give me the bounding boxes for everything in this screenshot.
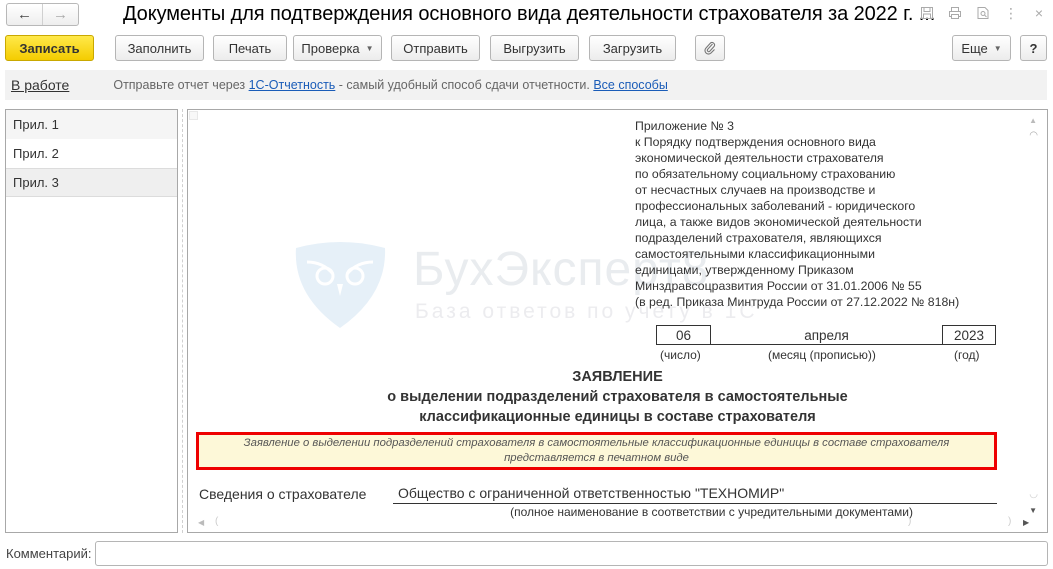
paperclip-icon bbox=[703, 41, 717, 55]
comment-label: Комментарий: bbox=[6, 546, 92, 561]
appendix-header: Приложение № 3к Порядку подтверждения ос… bbox=[635, 118, 959, 310]
check-label: Проверка bbox=[301, 41, 359, 56]
appendix-line: по обязательному социальному страхованию bbox=[635, 166, 959, 182]
attach-button[interactable] bbox=[695, 35, 725, 61]
appendix-line: к Порядку подтверждения основного вида bbox=[635, 134, 959, 150]
appendix-line: экономической деятельности страхователя bbox=[635, 150, 959, 166]
print-button[interactable]: Печать bbox=[213, 35, 287, 61]
scroll-left-icon[interactable]: ◀ bbox=[198, 518, 204, 527]
import-button[interactable]: Загрузить bbox=[589, 35, 676, 61]
appendix-list: Прил. 1 Прил. 2 Прил. 3 bbox=[5, 109, 178, 533]
fill-button[interactable]: Заполнить bbox=[115, 35, 204, 61]
appendix-line: (в ред. Приказа Минтруда России от 27.12… bbox=[635, 294, 959, 310]
month-caption: (месяц (прописью)) bbox=[768, 348, 876, 362]
send-button[interactable]: Отправить bbox=[391, 35, 480, 61]
appendix-line: профессиональных заболеваний - юридическ… bbox=[635, 198, 959, 214]
appendix-line: от несчастных случаев на производстве и bbox=[635, 182, 959, 198]
arrow-left-icon: ← bbox=[17, 6, 32, 23]
back-button[interactable]: ← bbox=[7, 4, 42, 25]
chevron-down-icon: ▼ bbox=[366, 44, 374, 53]
statement-subtitle-1: о выделении подразделений страхователя в… bbox=[188, 389, 1047, 405]
appendix-line: Приложение № 3 bbox=[635, 118, 959, 134]
more-dropdown-button[interactable]: Еще▼ bbox=[952, 35, 1011, 61]
info-text-after: - самый удобный способ сдачи отчетности. bbox=[335, 78, 593, 92]
date-year-field[interactable]: 2023 bbox=[942, 325, 996, 345]
export-button[interactable]: Выгрузить bbox=[490, 35, 579, 61]
day-caption: (число) bbox=[660, 348, 701, 362]
scroll-up-icon[interactable]: ▲ bbox=[1029, 116, 1037, 125]
preview-icon[interactable] bbox=[975, 5, 991, 21]
more-icon[interactable]: ⋮ bbox=[1003, 5, 1019, 21]
insurer-label: Сведения о страхователе bbox=[199, 486, 366, 502]
help-button[interactable]: ? bbox=[1020, 35, 1047, 61]
scroll-right-icon[interactable]: ▶ bbox=[1023, 518, 1029, 527]
info-bar: В работе Отправьте отчет через 1С-Отчетн… bbox=[5, 70, 1047, 100]
date-row: 06 апреля 2023 (число) (месяц (прописью)… bbox=[656, 325, 996, 345]
insurer-name-field[interactable]: Общество с ограниченной ответственностью… bbox=[393, 485, 997, 504]
notice-line-1: Заявление о выделении подразделений стра… bbox=[244, 436, 950, 451]
save-icon[interactable] bbox=[919, 5, 935, 21]
navigation-buttons: ← → bbox=[6, 3, 79, 26]
appendix-line: самостоятельными классификационными bbox=[635, 246, 959, 262]
panel-splitter[interactable] bbox=[182, 109, 183, 533]
forward-button[interactable]: → bbox=[42, 4, 78, 25]
check-dropdown-button[interactable]: Проверка▼ bbox=[293, 35, 382, 61]
statement-title: ЗАЯВЛЕНИЕ bbox=[188, 369, 1047, 385]
window-title: Документы для подтверждения основного ви… bbox=[123, 3, 935, 26]
sidebar-item-appendix-3[interactable]: Прил. 3 bbox=[6, 168, 177, 197]
month-underline bbox=[711, 344, 942, 345]
scroll-marker-icon: ◡ bbox=[1029, 489, 1038, 500]
save-button[interactable]: Записать bbox=[5, 35, 94, 61]
chevron-down-icon: ▼ bbox=[994, 44, 1002, 53]
sidebar-item-appendix-2[interactable]: Прил. 2 bbox=[6, 139, 177, 168]
appendix-line: лица, а также видов экономической деятел… bbox=[635, 214, 959, 230]
arrow-right-icon: → bbox=[53, 6, 68, 23]
more-label: Еще bbox=[961, 41, 987, 56]
scroll-down-icon[interactable]: ▼ bbox=[1029, 506, 1037, 515]
corner-marker bbox=[189, 111, 198, 120]
status-link[interactable]: В работе bbox=[11, 77, 69, 93]
statement-subtitle-2: классификационные единицы в составе стра… bbox=[188, 409, 1047, 425]
info-message: Отправьте отчет через 1С-Отчетность - са… bbox=[113, 78, 667, 92]
close-icon[interactable]: × bbox=[1031, 5, 1047, 21]
document-view: БухЭксперт8 База ответов по учету в 1С П… bbox=[187, 109, 1048, 533]
appendix-line: подразделений страхователя, являющихся bbox=[635, 230, 959, 246]
appendix-line: единицами, утвержденному Приказом bbox=[635, 262, 959, 278]
title-icons: ⋮ × bbox=[919, 5, 1047, 21]
date-month-field[interactable]: апреля bbox=[711, 325, 942, 345]
year-caption: (год) bbox=[954, 348, 980, 362]
toolbar: Записать Заполнить Печать Проверка▼ Отпр… bbox=[5, 35, 1047, 61]
scroll-marker-icon: ) bbox=[908, 516, 911, 527]
all-methods-link[interactable]: Все способы bbox=[593, 78, 667, 92]
owl-shield-icon bbox=[293, 240, 388, 328]
printed-form-notice: Заявление о выделении подразделений стра… bbox=[196, 432, 997, 470]
scroll-marker-icon: ( bbox=[215, 516, 218, 527]
sidebar-item-appendix-1[interactable]: Прил. 1 bbox=[6, 110, 177, 139]
comment-input[interactable] bbox=[95, 541, 1048, 566]
info-text-before: Отправьте отчет через bbox=[113, 78, 248, 92]
insurer-caption: (полное наименование в соответствии с уч… bbox=[393, 505, 913, 519]
scroll-marker-icon: ) bbox=[1008, 516, 1011, 527]
notice-line-2: представляется в печатном виде bbox=[504, 451, 689, 466]
date-day-field[interactable]: 06 bbox=[656, 325, 711, 345]
1c-reporting-link[interactable]: 1С-Отчетность bbox=[249, 78, 336, 92]
scroll-marker-icon: ◠ bbox=[1029, 130, 1038, 141]
appendix-line: Минздравсоцразвития России от 31.01.2006… bbox=[635, 278, 959, 294]
print-icon[interactable] bbox=[947, 5, 963, 21]
